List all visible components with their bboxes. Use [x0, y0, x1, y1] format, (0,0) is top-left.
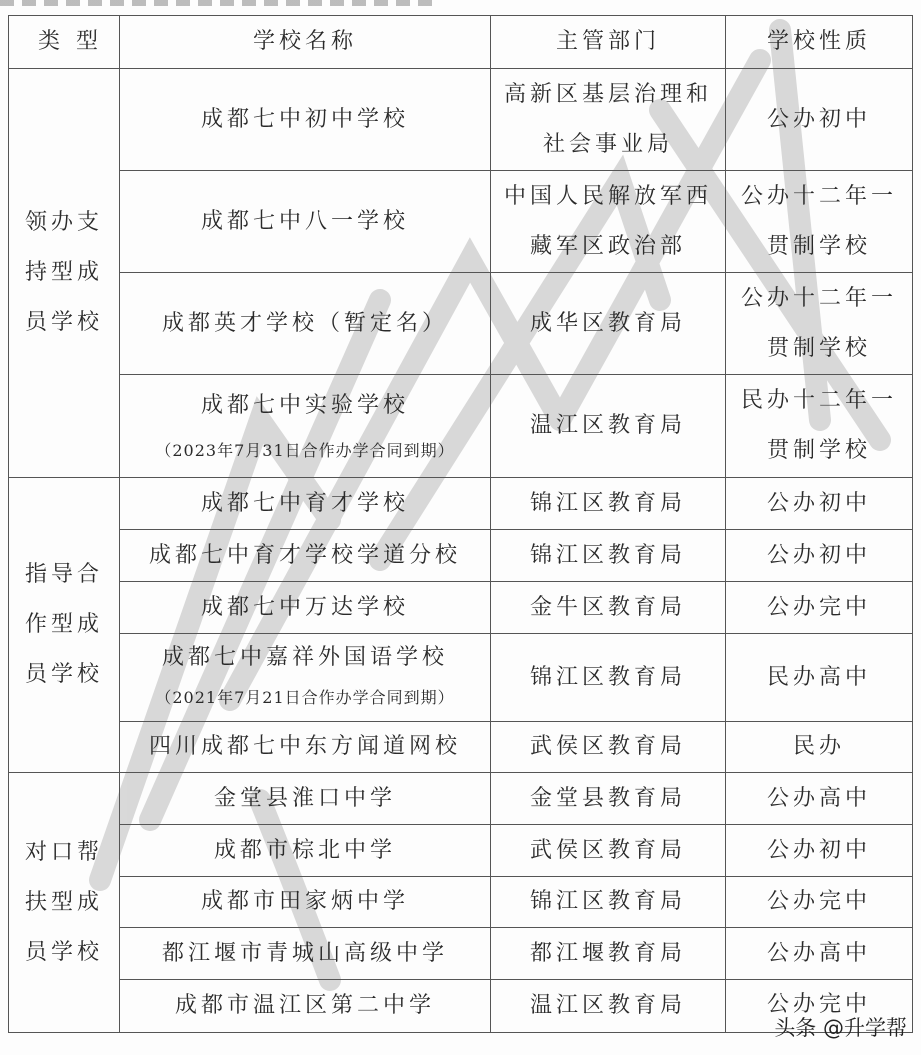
department-cell: 都江堰教育局	[491, 928, 726, 980]
department-cell: 金堂县教育局	[491, 773, 726, 825]
header-school-name: 学校名称	[120, 16, 491, 69]
table-row: 指导合 作型成 员学校 成都七中育才学校 锦江区教育局 公办初中	[9, 478, 913, 530]
table-row: 成都七中育才学校学道分校 锦江区教育局 公办初中	[9, 530, 913, 582]
nature-cell: 公办初中	[726, 825, 913, 877]
school-name-cell: 成都七中育才学校学道分校	[120, 530, 491, 582]
table-row: 四川成都七中东方闻道网校 武侯区教育局 民办	[9, 722, 913, 773]
table-row: 领办支 持型成 员学校 成都七中初中学校 高新区基层治理和社会事业局 公办初中	[9, 69, 913, 171]
nature-cell: 公办高中	[726, 773, 913, 825]
nature-cell: 公办初中	[726, 69, 913, 171]
school-name-cell: 四川成都七中东方闻道网校	[120, 722, 491, 773]
nature-cell: 公办高中	[726, 928, 913, 980]
nature-cell: 公办初中	[726, 530, 913, 582]
department-cell: 锦江区教育局	[491, 478, 726, 530]
department-cell: 锦江区教育局	[491, 634, 726, 722]
department-cell: 锦江区教育局	[491, 530, 726, 582]
department-cell: 中国人民解放军西藏军区政治部	[491, 171, 726, 273]
nature-cell: 公办完中	[726, 582, 913, 634]
header-nature: 学校性质	[726, 16, 913, 69]
department-cell: 武侯区教育局	[491, 825, 726, 877]
table-row: 都江堰市青城山高级中学 都江堰教育局 公办高中	[9, 928, 913, 980]
header-department: 主管部门	[491, 16, 726, 69]
school-name-cell: 成都七中八一学校	[120, 171, 491, 273]
source-watermark: 头条 @升学帮	[774, 1012, 907, 1042]
school-name-cell: 成都七中实验学校（2023年7月31日合作办学合同到期）	[120, 375, 491, 478]
nature-cell: 公办十二年一贯制学校	[726, 171, 913, 273]
table-row: 成都市田家炳中学 锦江区教育局 公办完中	[9, 877, 913, 928]
department-cell: 金牛区教育局	[491, 582, 726, 634]
nature-cell: 民办	[726, 722, 913, 773]
table-header-row: 类型 学校名称 主管部门 学校性质	[9, 16, 913, 69]
school-name-cell: 成都七中万达学校	[120, 582, 491, 634]
table-row: 成都七中八一学校 中国人民解放军西藏军区政治部 公办十二年一贯制学校	[9, 171, 913, 273]
table-row: 成都七中嘉祥外国语学校（2021年7月21日合作办学合同到期） 锦江区教育局 民…	[9, 634, 913, 722]
cropped-caption-line	[0, 0, 440, 6]
nature-cell: 公办十二年一贯制学校	[726, 273, 913, 375]
school-name-cell: 成都市温江区第二中学	[120, 980, 491, 1033]
school-name-cell: 成都七中初中学校	[120, 69, 491, 171]
header-type: 类型	[9, 16, 120, 69]
category-cell: 对口帮 扶型成 员学校	[9, 773, 120, 1033]
school-name-cell: 成都七中育才学校	[120, 478, 491, 530]
school-name-cell: 金堂县淮口中学	[120, 773, 491, 825]
school-name-cell: 成都七中嘉祥外国语学校（2021年7月21日合作办学合同到期）	[120, 634, 491, 722]
table-row: 成都英才学校（暂定名） 成华区教育局 公办十二年一贯制学校	[9, 273, 913, 375]
department-cell: 高新区基层治理和社会事业局	[491, 69, 726, 171]
category-cell: 领办支 持型成 员学校	[9, 69, 120, 478]
department-cell: 温江区教育局	[491, 375, 726, 478]
school-name-cell: 成都市田家炳中学	[120, 877, 491, 928]
nature-cell: 民办十二年一贯制学校	[726, 375, 913, 478]
contract-note: （2023年7月31日合作办学合同到期）	[120, 431, 490, 471]
category-cell: 指导合 作型成 员学校	[9, 478, 120, 773]
school-name-cell: 成都市棕北中学	[120, 825, 491, 877]
table-row: 对口帮 扶型成 员学校 金堂县淮口中学 金堂县教育局 公办高中	[9, 773, 913, 825]
department-cell: 温江区教育局	[491, 980, 726, 1033]
member-schools-table: 类型 学校名称 主管部门 学校性质 领办支 持型成 员学校 成都七中初中学校 高…	[8, 15, 913, 1033]
contract-note: （2021年7月21日合作办学合同到期）	[120, 678, 490, 718]
department-cell: 锦江区教育局	[491, 877, 726, 928]
school-name-cell: 都江堰市青城山高级中学	[120, 928, 491, 980]
table-row: 成都七中万达学校 金牛区教育局 公办完中	[9, 582, 913, 634]
school-name-cell: 成都英才学校（暂定名）	[120, 273, 491, 375]
nature-cell: 民办高中	[726, 634, 913, 722]
nature-cell: 公办完中	[726, 877, 913, 928]
department-cell: 武侯区教育局	[491, 722, 726, 773]
nature-cell: 公办初中	[726, 478, 913, 530]
table-row: 成都七中实验学校（2023年7月31日合作办学合同到期） 温江区教育局 民办十二…	[9, 375, 913, 478]
table-row: 成都市棕北中学 武侯区教育局 公办初中	[9, 825, 913, 877]
department-cell: 成华区教育局	[491, 273, 726, 375]
